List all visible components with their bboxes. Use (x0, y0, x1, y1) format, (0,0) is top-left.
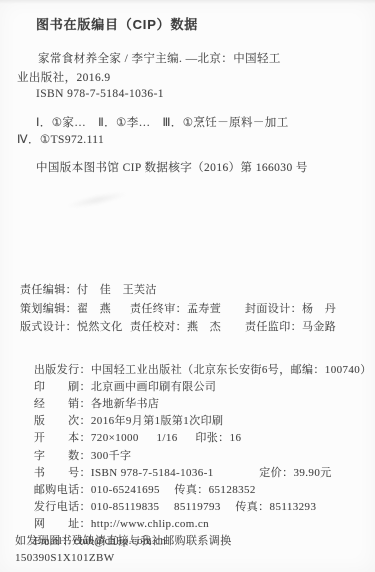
scan-smudge (66, 189, 129, 212)
final-reviewer: 责任终审：孟寿萱 (130, 300, 245, 319)
cip-record-number-line: 中国版本图书馆 CIP 数据核字（2016）第 166030 号 (36, 159, 308, 175)
classification-line-2: Ⅳ．①TS972.111 (17, 131, 104, 147)
planning-editor: 策划编辑：翟 燕 (20, 300, 130, 319)
scan-edge-shadow (0, 0, 375, 4)
book-title-author-line: 家常食材养全家 / 李宁主编. —北京：中国轻工 (38, 50, 281, 66)
layout-designer: 版式设计：悦然文化 (20, 318, 130, 337)
scanned-copyright-page: 图书在版编目（CIP）数据 家常食材养全家 / 李宁主编. —北京：中国轻工 业… (0, 0, 375, 572)
proofreader: 责任校对：燕 杰 (130, 318, 245, 337)
print-supervisor: 责任监印：马金路 (245, 318, 336, 337)
staff-credits-block: 责任编辑：付 佳 王芙沽 策划编辑：翟 燕 责任终审：孟寿萱 封面设计：杨 丹 … (20, 281, 336, 337)
print-batch-code: 150390S1X101ZBW (15, 550, 372, 567)
staff-credits-row-3: 版式设计：悦然文化 责任校对：燕 杰 责任监印：马金路 (20, 318, 336, 337)
publisher-row: 出版发行：中国轻工业出版社（北京东长安街6号，邮编：100740） (15, 345, 372, 362)
publication-details-block: 出版发行：中国轻工业出版社（北京东长安街6号，邮编：100740） 印 刷：北京… (15, 345, 372, 567)
staff-credits-row-2: 策划编辑：翟 燕 责任终审：孟寿萱 封面设计：杨 丹 (20, 300, 336, 319)
publisher-year-line: 业出版社，2016.9 (17, 69, 111, 85)
cip-heading: 图书在版编目（CIP）数据 (36, 14, 198, 33)
isbn-line: ISBN 978-7-5184-1036-1 (36, 88, 164, 100)
defective-copy-notice: 如发现图书残缺请直接与我社邮购联系调换 (15, 533, 372, 550)
cover-designer: 封面设计：杨 丹 (245, 300, 336, 319)
classification-line-1: Ⅰ．①家… Ⅱ．①李… Ⅲ．①烹饪－原料－加工 (36, 114, 289, 130)
responsible-editor-line: 责任编辑：付 佳 王芙沽 (20, 281, 336, 300)
